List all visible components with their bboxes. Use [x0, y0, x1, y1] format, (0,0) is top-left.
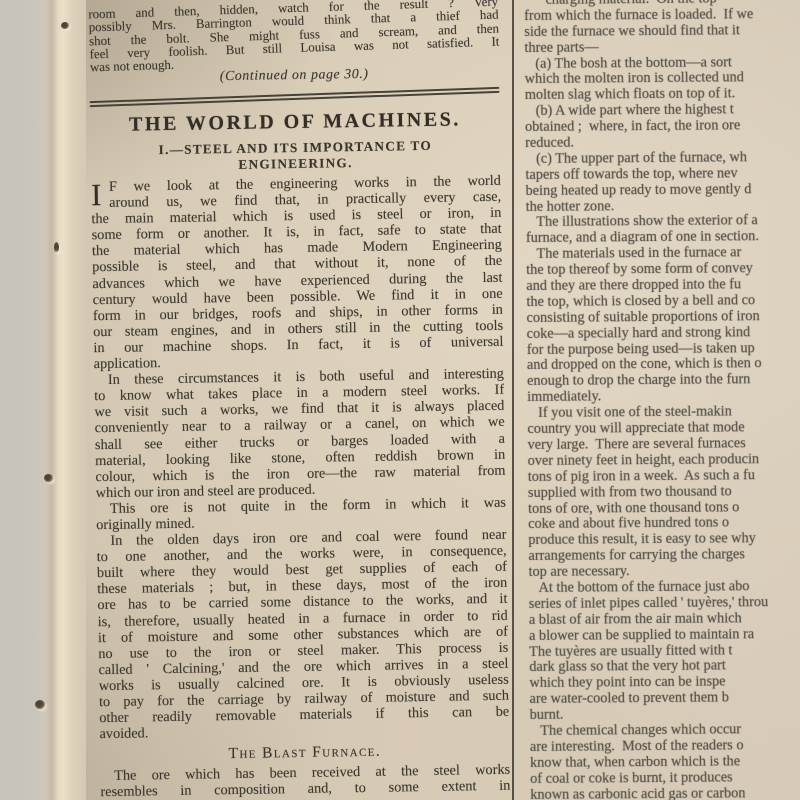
right-column-line: know that, when carbon which is the	[530, 752, 800, 771]
right-column-line: consisting of suitable proportions of ir…	[526, 307, 800, 326]
right-column: charging material. On the topfrom which …	[524, 0, 800, 800]
right-column-line: obtained ; where, in fact, the iron ore	[525, 117, 800, 136]
column-divider-rule	[512, 0, 514, 800]
paragraph: In these circumstances it is both useful…	[94, 366, 506, 501]
paragraph: In the olden days iron ore and coal were…	[96, 527, 509, 743]
paragraph: IF we look at the engineering works in t…	[91, 173, 504, 373]
right-column-line: a blast of air from the air main which	[529, 609, 800, 628]
left-column: room and then, hidden, watch for the res…	[88, 0, 511, 800]
drop-cap: I	[91, 179, 102, 210]
right-column-line: series of inlet pipes called ' tuyères,'…	[529, 593, 800, 612]
right-column-line: are water-cooled to prevent them b	[529, 689, 800, 708]
page-edge	[0, 0, 86, 800]
right-column-line: over ninety feet in height, each produci…	[528, 450, 800, 469]
right-column-line: tapers off towards the top, where nev	[525, 164, 800, 183]
right-column-line: three parts—	[524, 37, 800, 56]
stitch-hole	[35, 700, 45, 709]
stitch-hole	[54, 242, 59, 253]
right-column-line: arrangements for carrying the charges	[528, 546, 800, 565]
right-column-line: side the furnace we should find that it	[524, 21, 800, 40]
right-column-line: from which the furnace is loaded. If we	[524, 6, 800, 25]
right-column-line: being heated up ready to move gently d	[525, 180, 800, 199]
right-column-line: of coal or coke is burnt, it produces	[530, 768, 800, 787]
stitch-hole	[61, 22, 69, 29]
stitch-hole	[44, 474, 53, 482]
right-column-line: (c) The upper part of the furnace, wh	[525, 149, 800, 168]
right-column-line: coke—a specially hard and strong kind	[527, 323, 800, 342]
right-column-line: a blower can be supplied to maintain ra	[529, 625, 800, 644]
right-column-line: are interesting. Most of the readers o	[530, 736, 800, 755]
double-rule	[90, 87, 500, 107]
right-column-line: supplied with from two thousand to	[528, 482, 800, 501]
article-body: IF we look at the engineering works in t…	[91, 173, 511, 800]
right-column-line: known as carbonic acid gas or carbon	[530, 784, 800, 800]
article-title: THE WORLD OF MACHINES.	[90, 108, 500, 137]
magazine-page-photo: { "colors": { "page_background": "#d6c9b…	[0, 0, 800, 800]
right-column-line: tons of pig iron in a week. As such a fu	[528, 466, 800, 485]
paragraph: The ore which has been received at the s…	[100, 762, 510, 800]
right-column-line: enough to drop the charge into the furn	[527, 371, 800, 390]
prev-story-text: room and then, hidden, watch for the res…	[88, 0, 500, 75]
